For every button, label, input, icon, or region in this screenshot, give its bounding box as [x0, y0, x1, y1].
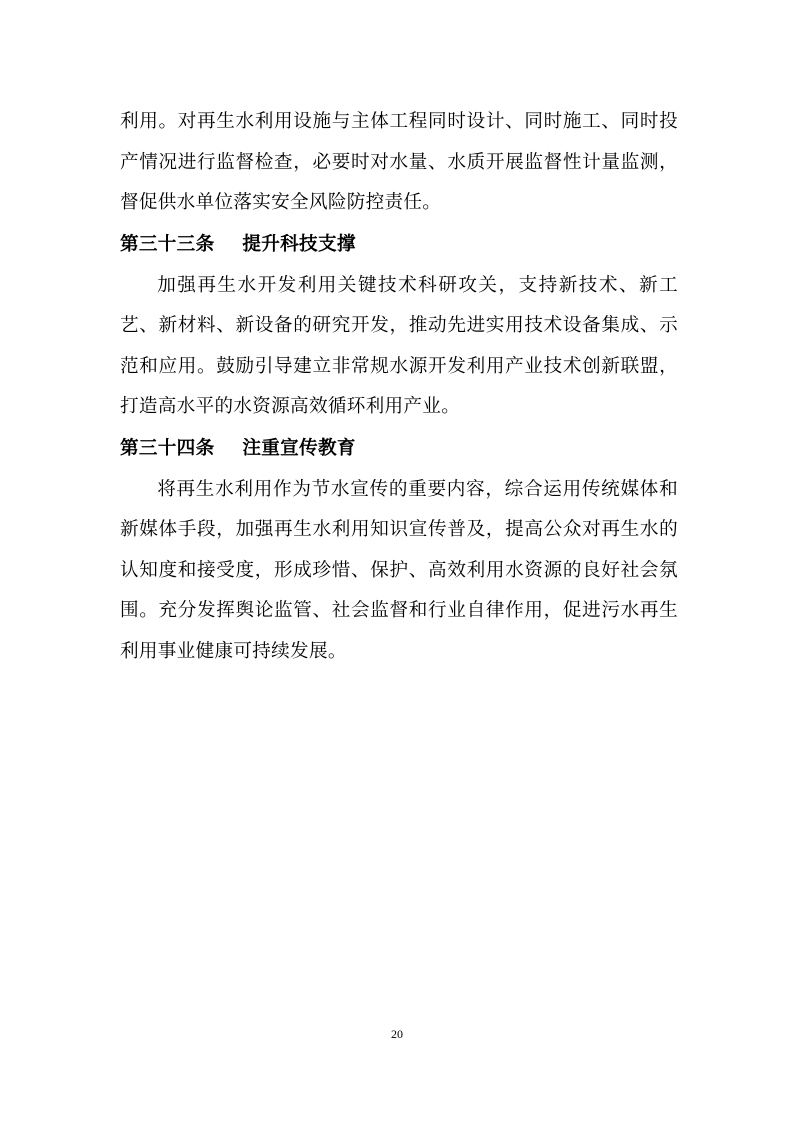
article-title: 提升科技支撑 [242, 234, 355, 255]
page-content: 利用。对再生水利用设施与主体工程同时设计、同时施工、同时投产情况进行监督检查，必… [120, 102, 678, 672]
paragraph-article-34: 将再生水利用作为节水宣传的重要内容，综合运用传统媒体和新媒体手段，加强再生水利用… [120, 470, 678, 673]
article-heading-33: 第三十三条提升科技支撑 [120, 224, 678, 266]
document-page: 利用。对再生水利用设施与主体工程同时设计、同时施工、同时投产情况进行监督检查，必… [0, 0, 794, 1123]
article-number: 第三十四条 [120, 438, 214, 459]
article-title: 注重宣传教育 [242, 438, 355, 459]
paragraph-continued: 利用。对再生水利用设施与主体工程同时设计、同时施工、同时投产情况进行监督检查，必… [120, 102, 678, 224]
page-number: 20 [0, 1027, 794, 1042]
paragraph-article-33: 加强再生水开发利用关键技术科研攻关，支持新技术、新工艺、新材料、新设备的研究开发… [120, 266, 678, 428]
article-heading-34: 第三十四条注重宣传教育 [120, 428, 678, 470]
article-number: 第三十三条 [120, 234, 214, 255]
